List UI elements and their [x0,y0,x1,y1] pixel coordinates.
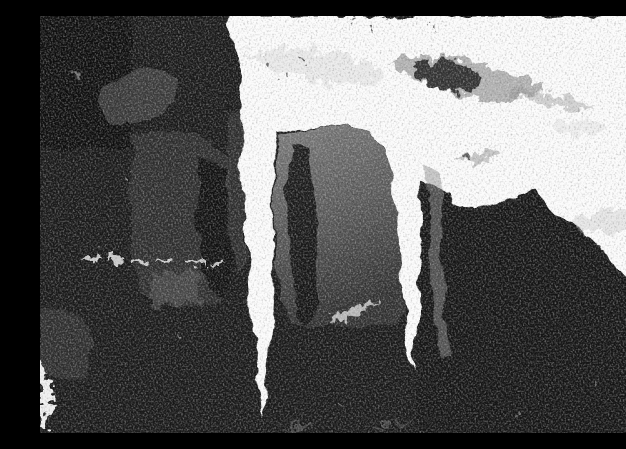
texture-canvas-svg: Black and white grunge texture [40,16,626,433]
grunge-texture-image: Black and white grunge texture [40,16,626,433]
grain-overlay-dark [40,16,626,433]
